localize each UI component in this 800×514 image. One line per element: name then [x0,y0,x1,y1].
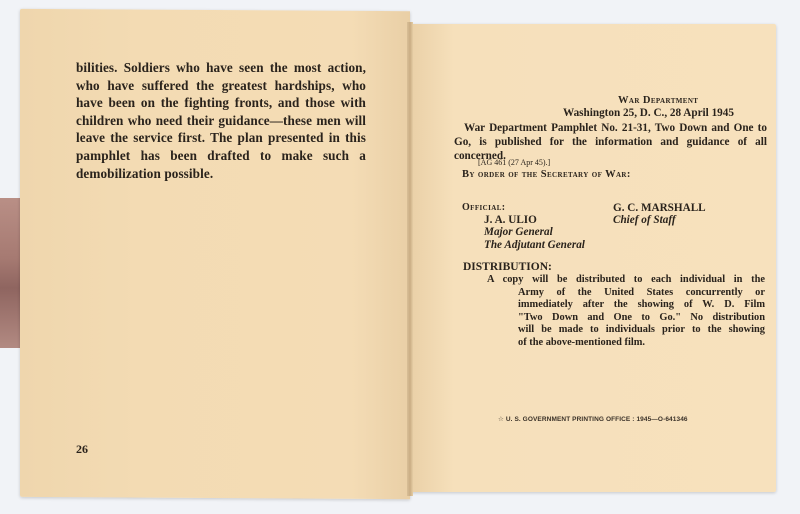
official-rank: Major General [484,225,553,239]
distribution-body: A copy will be distributed to each indiv… [487,274,765,350]
distribution-line: Army of the United States concurrently o… [487,287,765,300]
dateline: Washington 25, D. C., 28 April 1945 [563,106,734,120]
left-page-body-text: bilities. Soldiers who have seen the mos… [76,59,366,182]
distribution-heading: DISTRIBUTION: [463,260,552,274]
order-line: By order of the Secretary of War: [462,168,631,182]
pamphlet-spine [407,22,413,496]
page-number: 26 [76,442,88,457]
distribution-line: will be made to individuals prior to the… [487,324,765,337]
distribution-line: A copy will be distributed to each indiv… [487,274,765,287]
signatory-title: Chief of Staff [613,213,676,227]
distribution-line: immediately after the showing of W. D. F… [487,299,765,312]
distribution-line: "Two Down and One to Go." No distributio… [487,312,765,325]
official-title: The Adjutant General [484,238,585,252]
distribution-line: of the above-mentioned film. [487,337,765,350]
printer-imprint: ☆ U. S. GOVERNMENT PRINTING OFFICE : 194… [498,415,688,423]
